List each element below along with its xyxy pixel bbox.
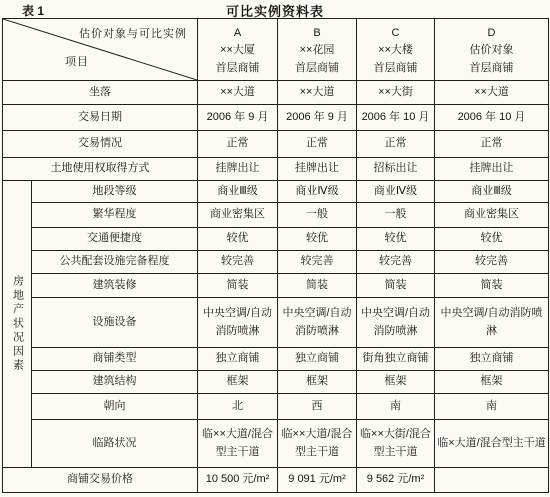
price-cell: 9 562 元/m²	[357, 468, 435, 493]
table-cell: 较完善	[357, 251, 435, 274]
row-label: 交易情况	[3, 131, 198, 158]
table-caption: 表 1 可比实例资料表	[0, 0, 550, 18]
row-label: 设施设备	[32, 298, 198, 348]
column-floor: 首层商铺	[437, 63, 546, 74]
diagonal-top-label: 估价对象与可比实例	[79, 26, 187, 43]
row-label: 地段等级	[32, 181, 198, 203]
comparables-table: 估价对象与可比实例 项目 A ××大厦 首层商铺 B ××花园 首层商铺 C ×…	[2, 18, 549, 493]
column-header-d: D 估价对象 首层商铺	[435, 19, 549, 81]
row-label: 公共配套设施完备程度	[32, 251, 198, 274]
row-label: 商铺交易价格	[3, 468, 198, 493]
column-name: 估价对象	[437, 45, 546, 56]
table-cell: 2006 年 10 月	[435, 105, 549, 131]
table-cell: 正常	[435, 131, 549, 158]
table-row: 建筑结构 框架 框架 框架 框架	[3, 371, 549, 394]
group-label: 房地产状况因素	[8, 275, 25, 373]
column-id: C	[359, 28, 432, 39]
column-name: ××花园	[280, 45, 354, 56]
table-cell: 商业Ⅲ级	[435, 181, 549, 203]
table-cell: 框架	[198, 371, 278, 394]
table-cell: ××大街	[357, 81, 435, 105]
table-cell: 框架	[435, 371, 549, 394]
table-cell: 一般	[278, 203, 357, 228]
table-cell: ××大道	[198, 81, 278, 105]
table-row: 建筑装修 简装 简装 简装 简装	[3, 274, 549, 298]
table-cell: 2006 年 9 月	[278, 105, 357, 131]
price-cell: 10 500 元/m²	[198, 468, 278, 493]
table-cell: 框架	[278, 371, 357, 394]
table-row: 坐落 ××大道 ××大道 ××大街 ××大道	[3, 81, 549, 105]
table-cell: 正常	[198, 131, 278, 158]
table-cell: ××大道	[278, 81, 357, 105]
table-cell: 简装	[357, 274, 435, 298]
table-row: 繁华程度 商业密集区 一般 一般 商业密集区	[3, 203, 549, 228]
column-header-a: A ××大厦 首层商铺	[198, 19, 278, 81]
table-cell: 较完善	[278, 251, 357, 274]
column-floor: 首层商铺	[280, 63, 354, 74]
table-cell: 临××大道/混合型主干道	[278, 420, 357, 468]
table-cell: 中央空调/自动消防喷淋	[278, 298, 357, 348]
diagonal-bottom-label: 项目	[65, 54, 89, 71]
table-row: 临路状况 临××大道/混合型主干道 临××大道/混合型主干道 临××大街/混合型…	[3, 420, 549, 468]
column-floor: 首层商铺	[359, 63, 432, 74]
column-floor: 首层商铺	[200, 63, 275, 74]
table-cell: 临××大街/混合型主干道	[357, 420, 435, 468]
table-cell: 街角独立商铺	[357, 348, 435, 371]
table-row: 公共配套设施完备程度 较完善 较完善 较完善 较完善	[3, 251, 549, 274]
column-name: ××大厦	[200, 45, 275, 56]
table-cell: 简装	[278, 274, 357, 298]
table-cell: 较优	[198, 228, 278, 251]
row-label: 繁华程度	[32, 203, 198, 228]
column-header-b: B ××花园 首层商铺	[278, 19, 357, 81]
column-header-c: C ××大楼 首层商铺	[357, 19, 435, 81]
row-label: 建筑装修	[32, 274, 198, 298]
table-cell: 2006 年 10 月	[357, 105, 435, 131]
price-cell	[435, 468, 549, 493]
table-cell: 正常	[357, 131, 435, 158]
table-cell: 商业密集区	[435, 203, 549, 228]
table-cell: 较完善	[198, 251, 278, 274]
table-row: 土地使用权取得方式 挂牌出让 挂牌出让 招标出让 挂牌出让	[3, 158, 549, 181]
table-row: 商铺类型 独立商铺 独立商铺 街角独立商铺 独立商铺	[3, 348, 549, 371]
table-cell: 一般	[357, 203, 435, 228]
row-label: 土地使用权取得方式	[3, 158, 198, 181]
table-row: 设施设备 中央空调/自动消防喷淋 中央空调/自动消防喷淋 中央空调/自动消防喷淋…	[3, 298, 549, 348]
row-label: 建筑结构	[32, 371, 198, 394]
table-cell: 框架	[357, 371, 435, 394]
table-cell: 独立商铺	[435, 348, 549, 371]
diagonal-header-cell: 估价对象与可比实例 项目	[3, 19, 198, 81]
table-cell: 较优	[357, 228, 435, 251]
table-row: 交通便捷度 较优 较优 较优 较优	[3, 228, 549, 251]
price-cell: 9 091 元/m²	[278, 468, 357, 493]
table-cell: 商业密集区	[198, 203, 278, 228]
table-cell: 招标出让	[357, 158, 435, 181]
table-cell: 较优	[278, 228, 357, 251]
row-label: 坐落	[3, 81, 198, 105]
table-cell: 商业Ⅳ级	[357, 181, 435, 203]
table-cell: 中央空调/自动消防喷淋	[198, 298, 278, 348]
table-cell: 独立商铺	[198, 348, 278, 371]
row-label: 朝向	[32, 394, 198, 420]
row-label: 交易日期	[3, 105, 198, 131]
column-id: D	[437, 28, 546, 39]
table-cell: 临××大道/混合型主干道	[198, 420, 278, 468]
table-cell: 挂牌出让	[278, 158, 357, 181]
row-label: 交通便捷度	[32, 228, 198, 251]
table-row: 交易日期 2006 年 9 月 2006 年 9 月 2006 年 10 月 2…	[3, 105, 549, 131]
column-name: ××大楼	[359, 45, 432, 56]
table-cell: 独立商铺	[278, 348, 357, 371]
table-cell: 西	[278, 394, 357, 420]
table-row: 房地产状况因素 地段等级 商业Ⅲ级 商业Ⅳ级 商业Ⅳ级 商业Ⅲ级	[3, 181, 549, 203]
table-cell: 简装	[435, 274, 549, 298]
column-id: B	[280, 28, 354, 39]
table-cell: 南	[357, 394, 435, 420]
table-cell: 北	[198, 394, 278, 420]
table-cell: 中央空调/自动消防喷淋	[357, 298, 435, 348]
table-cell: 2006 年 9 月	[198, 105, 278, 131]
table-cell: 正常	[278, 131, 357, 158]
table-row: 交易情况 正常 正常 正常 正常	[3, 131, 549, 158]
row-label: 商铺类型	[32, 348, 198, 371]
table-cell: 临×大道/混合型主干道	[435, 420, 549, 468]
column-id: A	[200, 28, 275, 39]
row-label: 临路状况	[32, 420, 198, 468]
table-cell: 挂牌出让	[198, 158, 278, 181]
table-cell: ××大道	[435, 81, 549, 105]
table-row: 朝向 北 西 南 南	[3, 394, 549, 420]
scanned-table-page: 表 1 可比实例资料表 估价对象与可比实例 项目 A ××大厦 首层商铺	[0, 0, 550, 497]
table-cell: 中央空调/自动消防喷淋	[435, 298, 549, 348]
table-cell: 商业Ⅲ级	[198, 181, 278, 203]
table-cell: 南	[435, 394, 549, 420]
header-row: 估价对象与可比实例 项目 A ××大厦 首层商铺 B ××花园 首层商铺 C ×…	[3, 19, 549, 81]
page-title: 可比实例资料表	[0, 1, 550, 20]
table-cell: 较优	[435, 228, 549, 251]
group-label-cell: 房地产状况因素	[3, 181, 32, 468]
table-cell: 挂牌出让	[435, 158, 549, 181]
table-cell: 较完善	[435, 251, 549, 274]
table-cell: 商业Ⅳ级	[278, 181, 357, 203]
table-cell: 简装	[198, 274, 278, 298]
price-row: 商铺交易价格 10 500 元/m² 9 091 元/m² 9 562 元/m²	[3, 468, 549, 493]
